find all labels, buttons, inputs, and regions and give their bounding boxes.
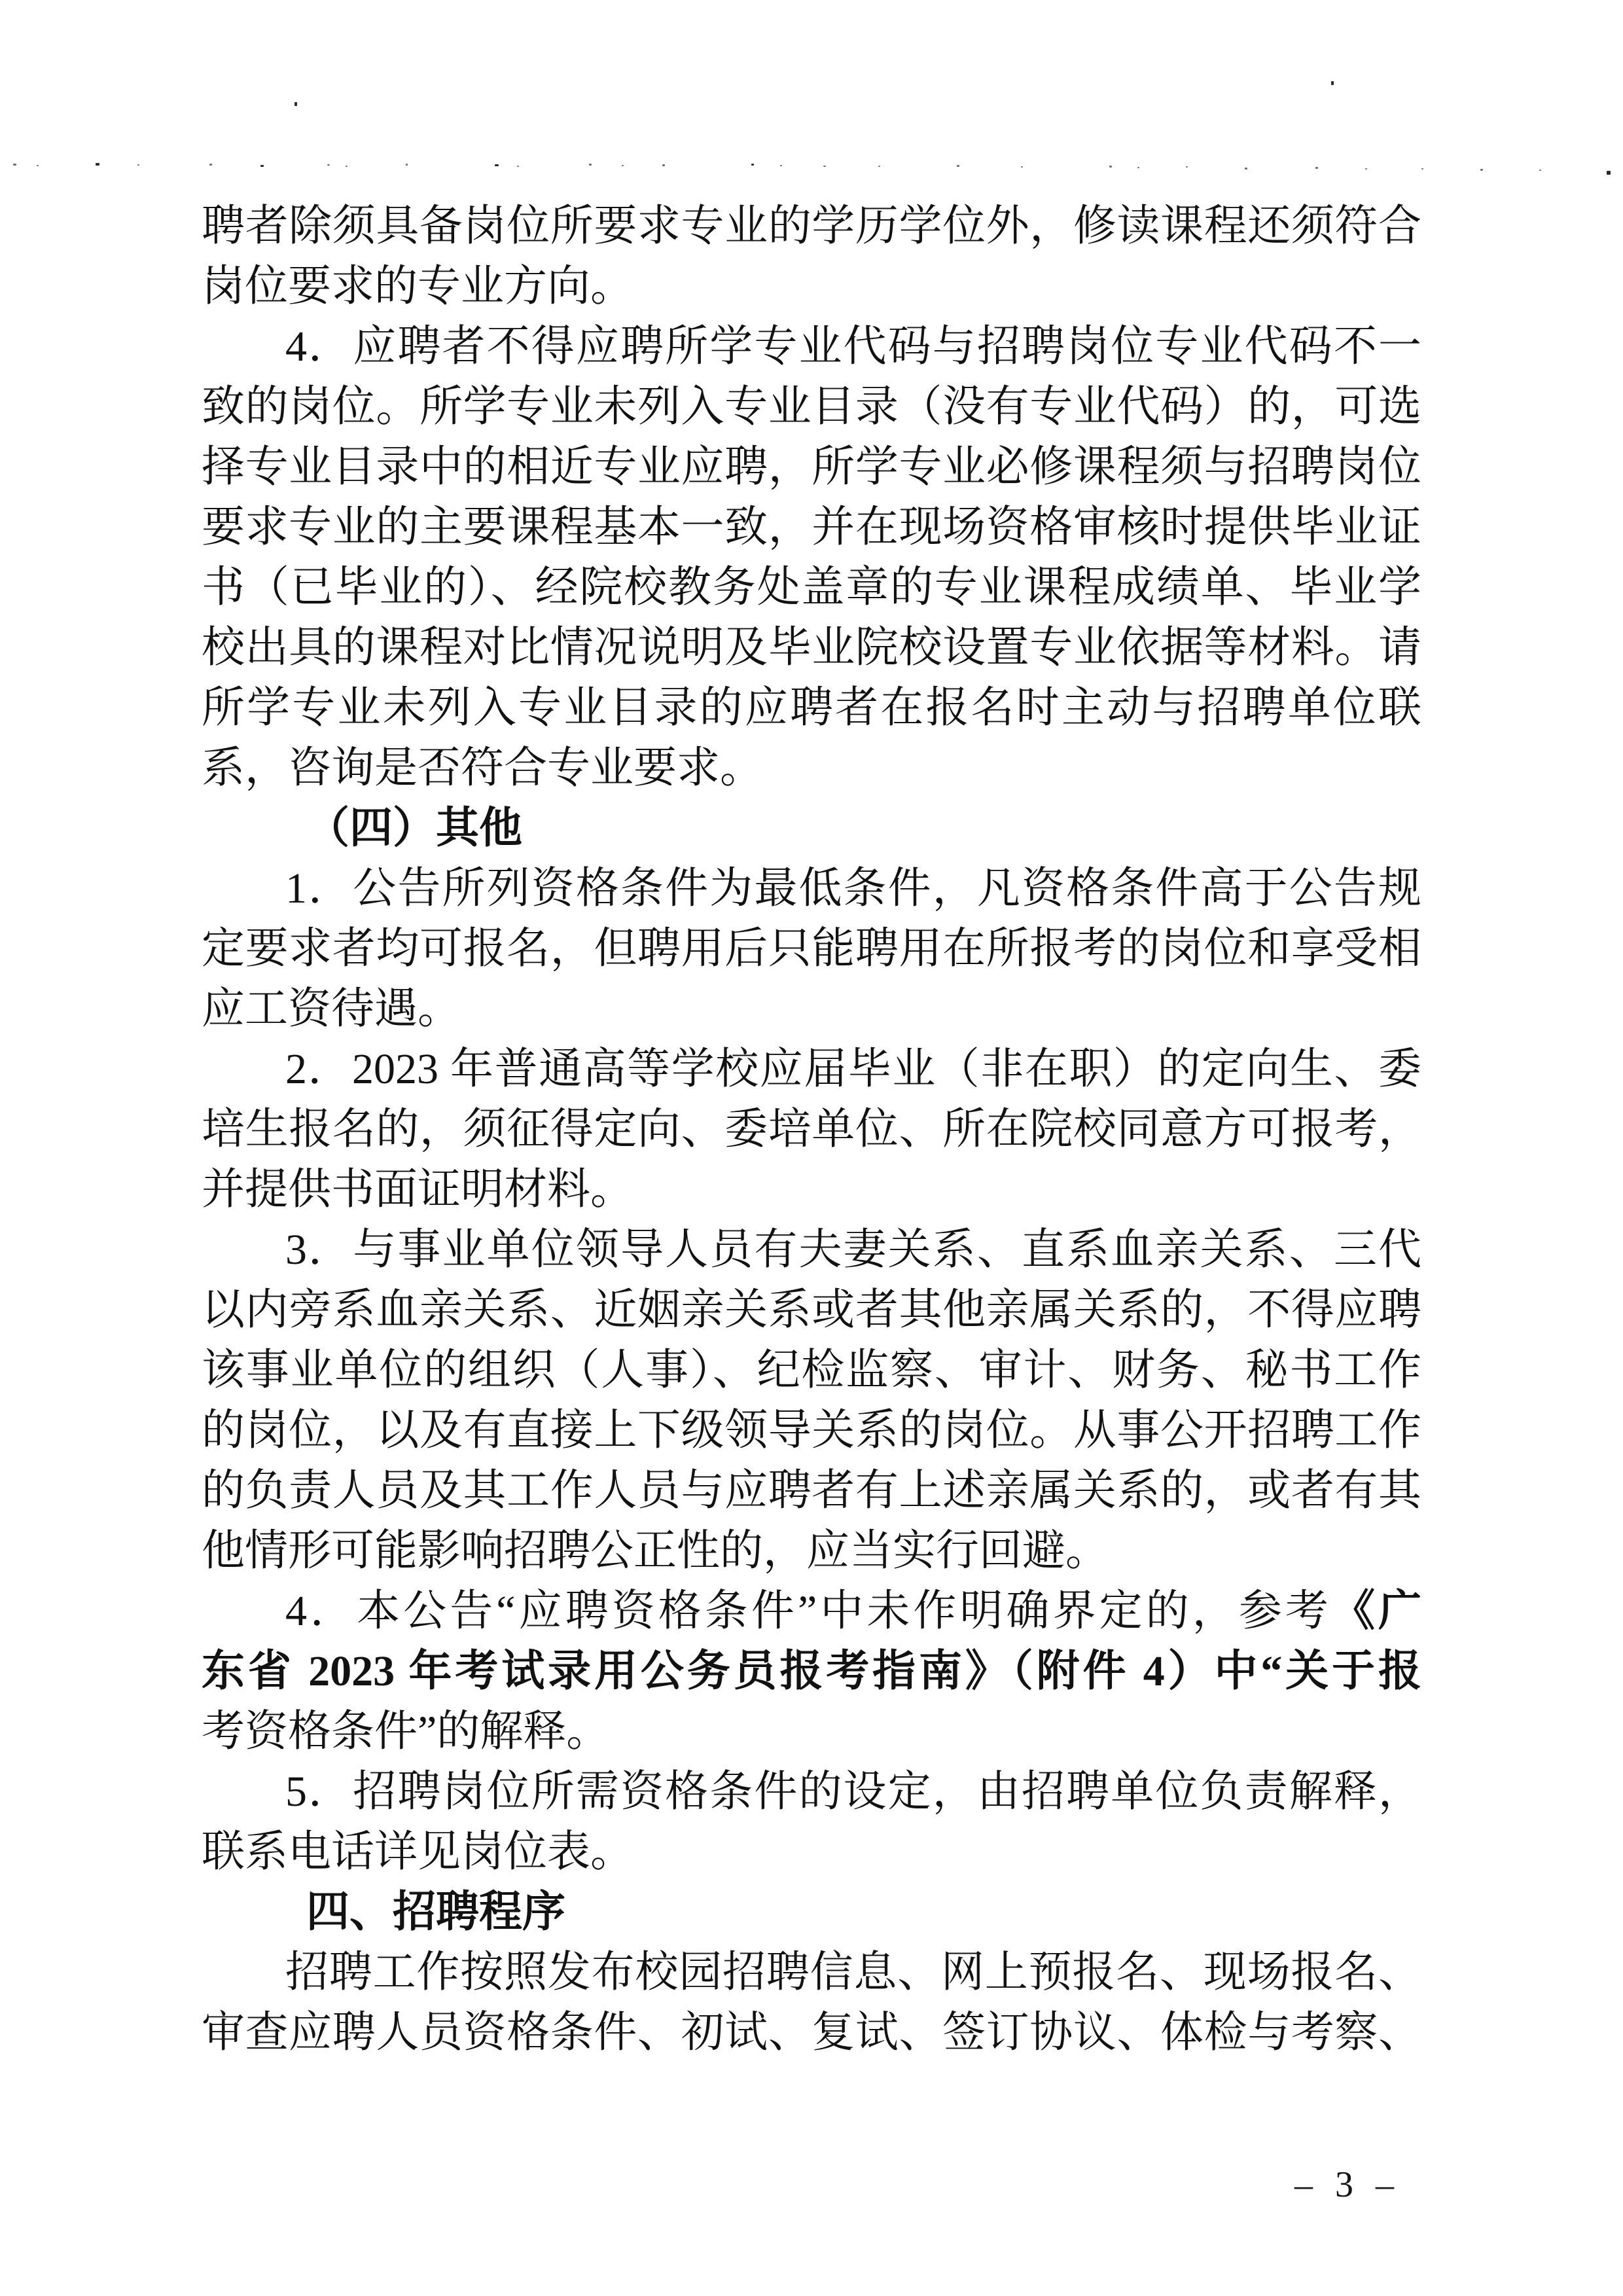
text-line: 1．公告所列资格条件为最低条件，凡资格条件高于公告规 [202, 859, 1421, 919]
text-segment: 1．公告所列资格条件为最低条件，凡资格条件高于公告规 [285, 865, 1421, 912]
text-segment: 4．本公告“应聘资格条件”中未作明确界定的，参考 [285, 1587, 1332, 1635]
text-line: 定要求者均可报名，但聘用后只能聘用在所报考的岗位和享受相 [202, 919, 1421, 979]
text-line: 所学专业未列入专业目录的应聘者在报名时主动与招聘单位联 [202, 678, 1421, 738]
page-number: – 3 – [1294, 2164, 1400, 2206]
text-line: 联系电话详见岗位表。 [202, 1822, 1421, 1882]
text-line: 2．2023 年普通高等学校应届毕业（非在职）的定向生、委 [202, 1039, 1421, 1100]
bold-text-segment: 东省 2023 年考试录用公务员报考指南》（附件 4）中“关于报 [202, 1647, 1421, 1695]
text-segment: 要求专业的主要课程基本一致，并在现场资格审核时提供毕业证 [202, 503, 1421, 551]
scan-speck [327, 164, 330, 166]
scan-speck [780, 165, 782, 166]
text-segment: 他情形可能影响招聘公正性的，应当实行回避。 [202, 1527, 1109, 1575]
text-segment: 岗位要求的专业方向。 [202, 262, 633, 310]
text-line: 东省 2023 年考试录用公务员报考指南》（附件 4）中“关于报 [202, 1641, 1421, 1702]
scan-speck [1365, 168, 1367, 170]
text-segment: 择专业目录中的相近专业应聘，所学专业必修课程须与招聘岗位 [202, 443, 1421, 491]
scan-speck [878, 166, 880, 167]
document-body: 聘者除须具备岗位所要求专业的学历学位外，修读课程还须符合岗位要求的专业方向。4．… [202, 196, 1421, 2063]
scan-speck [622, 165, 624, 166]
text-line: 该事业单位的组织（人事）、纪检监察、审计、财务、秘书工作 [202, 1340, 1421, 1401]
text-line: 的负责人员及其工作人员与应聘者有上述亲属关系的，或者有其 [202, 1461, 1421, 1521]
scan-speck [209, 164, 212, 166]
text-segment: 联系电话详见岗位表。 [202, 1828, 633, 1876]
scan-speck [1607, 171, 1611, 175]
bold-text-segment: 《广 [1332, 1587, 1421, 1635]
text-line: 书（已毕业的）、经院校教务处盖章的专业课程成绩单、毕业学 [202, 558, 1421, 618]
scan-speck [1480, 169, 1483, 171]
text-line: 5．招聘岗位所需资格条件的设定，由招聘单位负责解释， [202, 1762, 1421, 1822]
scan-speck [1421, 168, 1423, 170]
text-segment: 致的岗位。所学专业未列入专业目录（没有专业代码）的，可选 [202, 383, 1421, 431]
scan-speck [662, 164, 665, 166]
text-line: 他情形可能影响招聘公正性的，应当实行回避。 [202, 1521, 1421, 1581]
text-segment: 聘者除须具备岗位所要求专业的学历学位外，修读课程还须符合 [202, 202, 1421, 250]
text-line: 以内旁系血亲关系、近姻亲关系或者其他亲属关系的，不得应聘 [202, 1280, 1421, 1340]
scan-speck [1539, 170, 1541, 171]
text-segment: 并提供书面证明材料。 [202, 1166, 633, 1213]
text-segment: 5．招聘岗位所需资格条件的设定，由招聘单位负责解释， [285, 1768, 1421, 1816]
text-line: 要求专业的主要课程基本一致，并在现场资格审核时提供毕业证 [202, 497, 1421, 558]
text-segment: 3．与事业单位领导人员有夫妻关系、直系血亲关系、三代 [285, 1226, 1421, 1274]
scan-speck [1245, 168, 1247, 170]
text-line: 系，咨询是否符合专业要求。 [202, 738, 1421, 798]
scan-speck [13, 164, 16, 166]
bold-text-segment: 四、招聘程序 [306, 1888, 565, 1936]
text-segment: 定要求者均可报名，但聘用后只能聘用在所报考的岗位和享受相 [202, 925, 1421, 973]
text-line: 招聘工作按照发布校园招聘信息、网上预报名、现场报名、 [202, 1943, 1421, 2003]
scan-speck [1137, 167, 1139, 168]
scan-speck [1021, 166, 1023, 168]
scan-speck [294, 102, 297, 106]
text-segment: 的岗位，以及有直接上下级领导关系的岗位。从事公开招聘工作 [202, 1407, 1421, 1454]
text-line: 考资格条件”的解释。 [202, 1702, 1421, 1762]
text-line: 4．本公告“应聘资格条件”中未作明确界定的，参考《广 [202, 1581, 1421, 1641]
scan-speck [1331, 81, 1334, 85]
text-segment: 审查应聘人员资格条件、初试、复试、签订协议、体检与考察、 [202, 2009, 1421, 2056]
text-line: 培生报名的，须征得定向、委培单位、所在院校同意方可报考， [202, 1100, 1421, 1160]
text-line: 择专业目录中的相近专业应聘，所学专业必修课程须与招聘岗位 [202, 437, 1421, 497]
text-segment: 系，咨询是否符合专业要求。 [202, 744, 763, 792]
scan-speck [1186, 166, 1188, 168]
text-line: 校出具的课程对比情况说明及毕业院校设置专业依据等材料。请 [202, 618, 1421, 678]
scan-speck [260, 165, 264, 167]
text-segment: 校出具的课程对比情况说明及毕业院校设置专业依据等材料。请 [202, 624, 1421, 672]
text-line: 聘者除须具备岗位所要求专业的学历学位外，修读课程还须符合 [202, 196, 1421, 257]
text-segment: 考资格条件”的解释。 [202, 1708, 609, 1755]
text-segment: 应工资待遇。 [202, 985, 461, 1033]
text-line: 四、招聘程序 [202, 1882, 1421, 1943]
text-segment: 书（已毕业的）、经院校教务处盖章的专业课程成绩单、毕业学 [202, 564, 1421, 611]
text-segment: 的负责人员及其工作人员与应聘者有上述亲属关系的，或者有其 [202, 1467, 1421, 1515]
scan-speck [589, 164, 592, 166]
scan-speck [346, 166, 348, 167]
text-line: 3．与事业单位领导人员有夫妻关系、直系血亲关系、三代 [202, 1220, 1421, 1280]
scan-speck [751, 164, 754, 166]
scan-speck [406, 164, 408, 166]
text-segment: 培生报名的，须征得定向、委培单位、所在院校同意方可报考， [202, 1105, 1421, 1153]
scan-speck [137, 164, 139, 166]
text-line: 审查应聘人员资格条件、初试、复试、签订协议、体检与考察、 [202, 2003, 1421, 2063]
scan-speck [37, 165, 39, 166]
scan-speck [957, 165, 959, 167]
text-line: 致的岗位。所学专业未列入专业目录（没有专业代码）的，可选 [202, 377, 1421, 437]
scan-speck [823, 166, 826, 167]
text-segment: 该事业单位的组织（人事）、纪检监察、审计、财务、秘书工作 [202, 1346, 1421, 1394]
text-segment: 以内旁系血亲关系、近姻亲关系或者其他亲属关系的，不得应聘 [202, 1286, 1421, 1334]
text-line: 岗位要求的专业方向。 [202, 257, 1421, 317]
scan-speck [517, 166, 519, 167]
text-line: 的岗位，以及有直接上下级领导关系的岗位。从事公开招聘工作 [202, 1401, 1421, 1461]
scan-speck [1315, 167, 1318, 169]
bold-text-segment: （四）其他 [306, 804, 522, 852]
text-segment: 所学专业未列入专业目录的应聘者在报名时主动与招聘单位联 [202, 684, 1421, 732]
text-line: 应工资待遇。 [202, 979, 1421, 1039]
text-line: 4．应聘者不得应聘所学专业代码与招聘岗位专业代码不一 [202, 317, 1421, 377]
scan-speck [1109, 166, 1112, 168]
text-segment: 4．应聘者不得应聘所学专业代码与招聘岗位专业代码不一 [285, 323, 1421, 370]
scan-speck [96, 163, 99, 166]
document-page: 聘者除须具备岗位所要求专业的学历学位外，修读课程还须符合岗位要求的专业方向。4．… [0, 0, 1623, 2296]
text-segment: 2．2023 年普通高等学校应届毕业（非在职）的定向生、委 [285, 1045, 1421, 1093]
scan-speck [495, 164, 499, 166]
text-line: 并提供书面证明材料。 [202, 1160, 1421, 1220]
text-segment: 招聘工作按照发布校园招聘信息、网上预报名、现场报名、 [285, 1948, 1421, 1996]
text-line: （四）其他 [202, 798, 1421, 859]
